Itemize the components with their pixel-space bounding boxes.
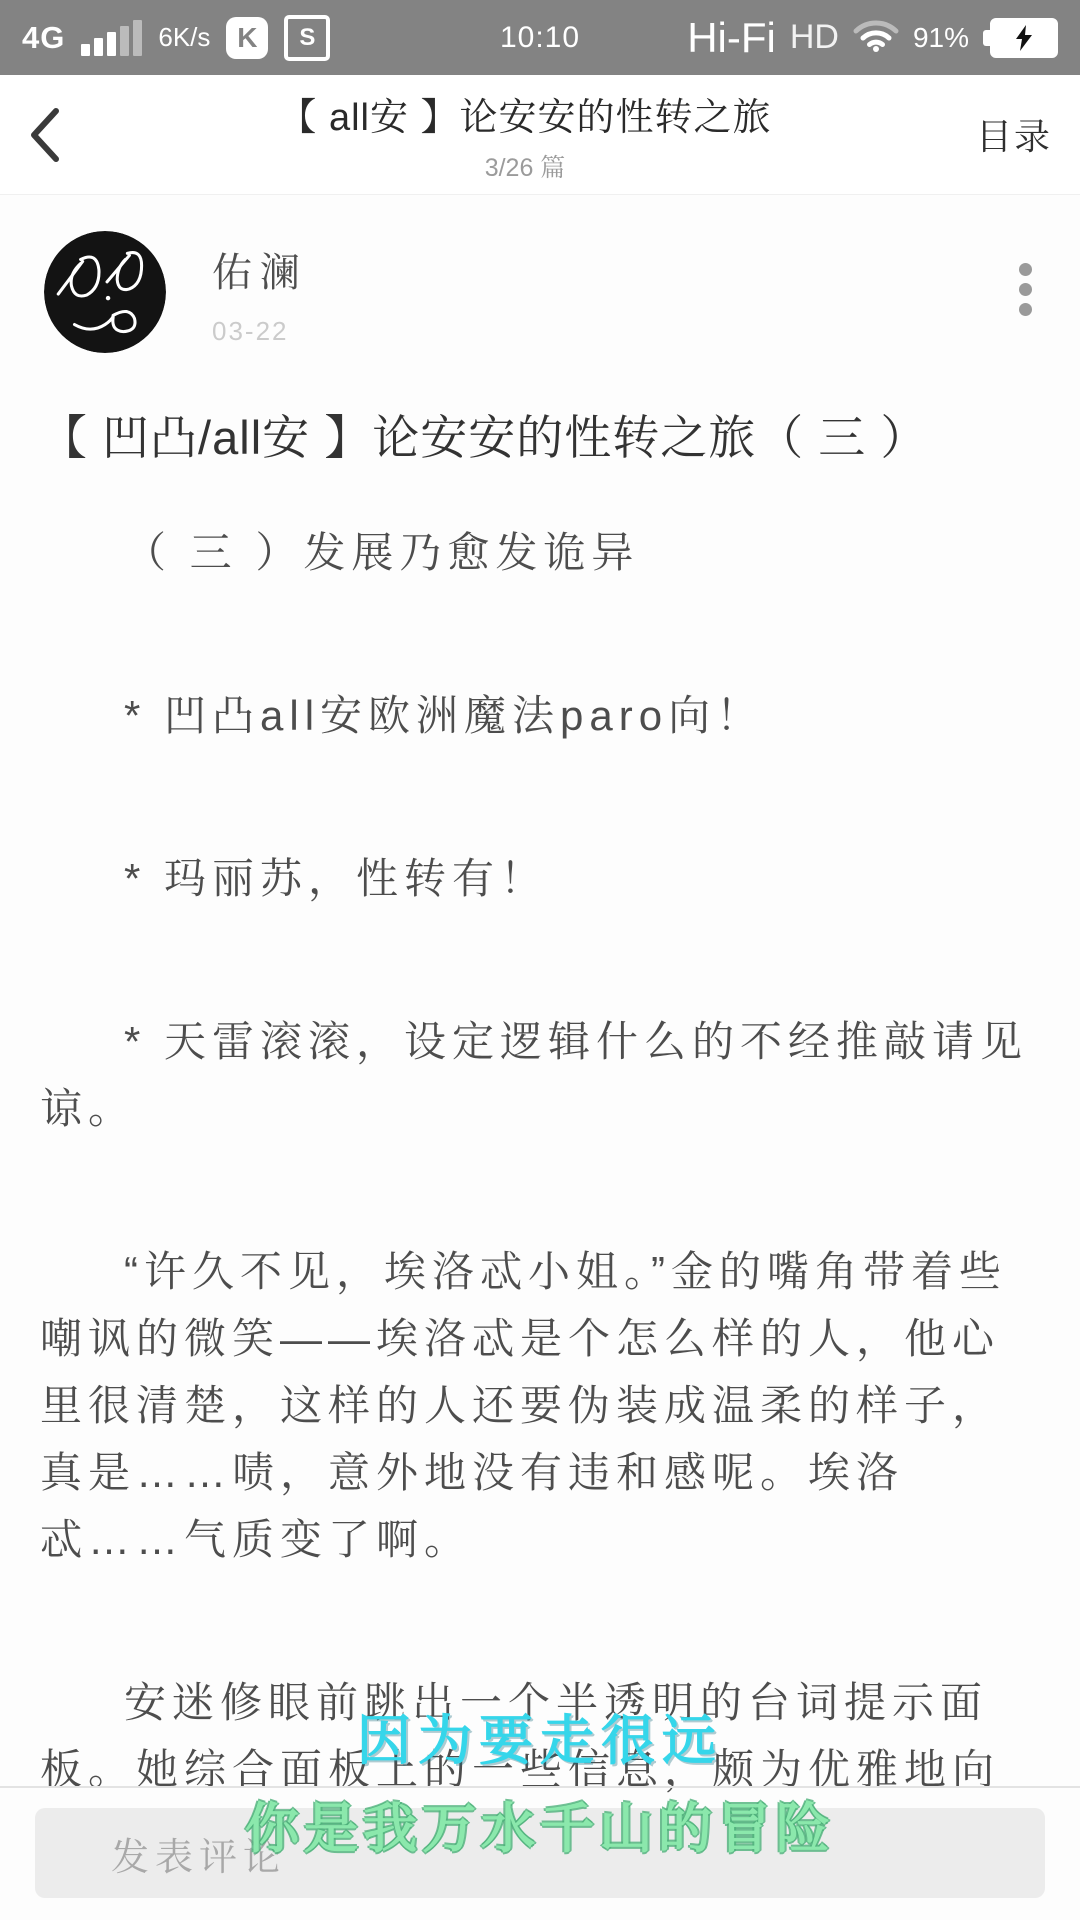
more-options-button[interactable] (1013, 257, 1038, 322)
post-body: （ 三 ）发展乃愈发诡异* 凹凸all安欧洲魔法paro向！* 玛丽苏，性转有！… (40, 519, 1040, 1870)
battery-charging-icon (983, 18, 1058, 58)
hd-label: HD (790, 18, 839, 57)
author-name[interactable]: 佑澜 (212, 241, 308, 298)
paragraph: * 凹凸all安欧洲魔法paro向！ (40, 682, 1040, 749)
status-right: Hi-Fi HD 91% (687, 14, 1058, 62)
header-center: 【 all安 】论安安的性转之旅 3/26 篇 (88, 86, 962, 184)
k-app-icon: K (226, 17, 268, 59)
author-info: 佑澜 03-22 (212, 231, 308, 347)
battery-percent-label: 91% (913, 22, 969, 54)
post-title: 【 凹凸/all安 】论安安的性转之旅（ 三 ） (40, 403, 1040, 473)
network-type-label: 4G (22, 20, 65, 56)
signal-strength-icon (81, 20, 142, 56)
clock: 10:10 (500, 21, 580, 55)
app-header: 【 all安 】论安安的性转之旅 3/26 篇 目录 (0, 75, 1080, 195)
toc-button[interactable]: 目录 (962, 109, 1052, 160)
comment-input[interactable]: 发表评论 (35, 1808, 1045, 1898)
chapter-progress: 3/26 篇 (88, 148, 962, 184)
screen: 4G 6K/s K S 10:10 Hi-Fi HD 91% (0, 0, 1080, 1920)
paragraph: （ 三 ）发展乃愈发诡异 (40, 519, 1040, 586)
screenshot-s-icon: S (284, 15, 330, 61)
comment-divider (0, 1786, 1080, 1788)
work-title: 【 all安 】论安安的性转之旅 (88, 86, 962, 141)
author-row: 佑澜 03-22 (44, 231, 1046, 353)
wifi-icon (853, 18, 899, 57)
status-bar: 4G 6K/s K S 10:10 Hi-Fi HD 91% (0, 0, 1080, 75)
network-speed-label: 6K/s (158, 22, 210, 53)
status-left: 4G 6K/s K S (22, 15, 330, 61)
post-date: 03-22 (212, 316, 308, 347)
avatar[interactable] (44, 231, 166, 353)
comment-placeholder: 发表评论 (111, 1826, 287, 1881)
back-button[interactable] (28, 106, 88, 164)
paragraph: * 玛丽苏，性转有！ (40, 845, 1040, 912)
hifi-label: Hi-Fi (687, 14, 776, 62)
paragraph: “许久不见，埃洛忒小姐。”金的嘴角带着些嘲讽的微笑——埃洛忒是个怎么样的人，他心… (40, 1238, 1040, 1573)
paragraph: * 天雷滚滚，设定逻辑什么的不经推敲请见谅。 (40, 1008, 1040, 1142)
chevron-left-icon (28, 106, 62, 164)
